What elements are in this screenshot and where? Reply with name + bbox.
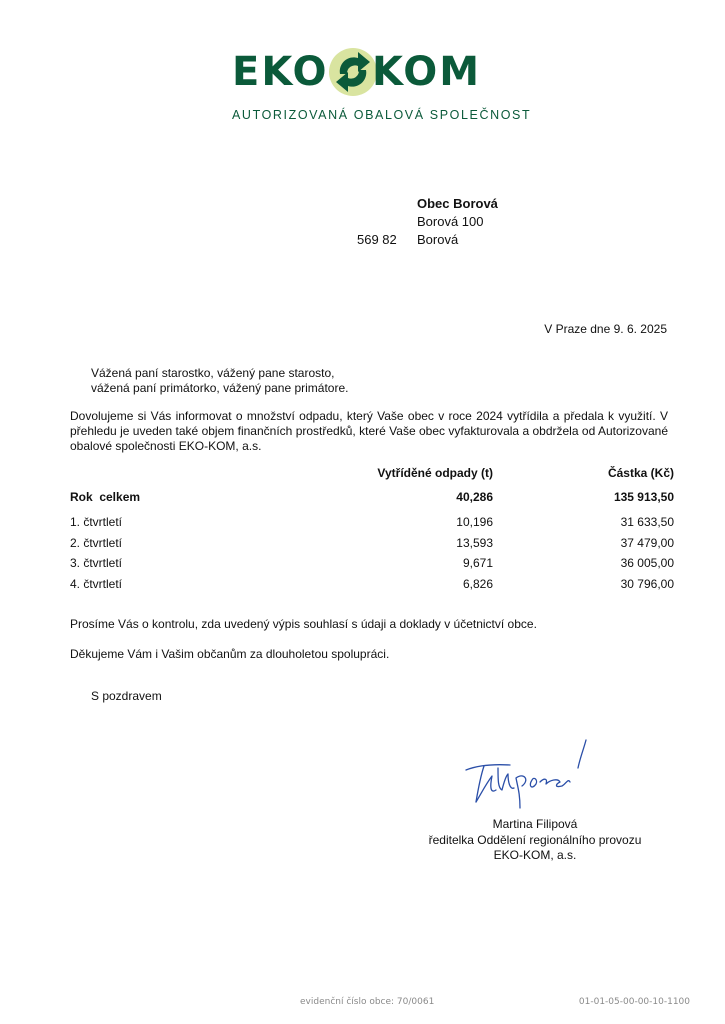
- recipient-street: Borová 100: [417, 214, 484, 229]
- table-row: 4. čtvrtletí 6,826 30 796,00: [70, 577, 674, 598]
- recipient-name: Obec Borová: [417, 196, 498, 211]
- logo-word-kom: KOM: [372, 52, 481, 92]
- total-amount: 135 913,50: [614, 490, 674, 504]
- logo-word-eko: EKO: [232, 52, 329, 92]
- total-label: Rok celkem: [70, 490, 140, 504]
- row-waste: 10,196: [456, 515, 493, 529]
- waste-summary-table: Vytříděné odpady (t) Částka (Kč) Rok cel…: [70, 466, 674, 597]
- row-waste: 6,826: [463, 577, 493, 591]
- signatory-name: Martina Filipová: [410, 817, 660, 833]
- regards: S pozdravem: [91, 689, 162, 703]
- header-waste: Vytříděné odpady (t): [377, 466, 493, 480]
- row-label: 3. čtvrtletí: [70, 556, 122, 570]
- recipient-city: Borová: [417, 232, 458, 247]
- signature-block: Martina Filipová ředitelka Oddělení regi…: [410, 817, 660, 864]
- table-row: 1. čtvrtletí 10,196 31 633,50: [70, 515, 674, 536]
- recycle-arrows-icon: [328, 44, 378, 100]
- header-amount: Částka (Kč): [608, 466, 674, 480]
- row-label: 2. čtvrtletí: [70, 536, 122, 550]
- row-amount: 30 796,00: [621, 577, 674, 591]
- row-label: 1. čtvrtletí: [70, 515, 122, 529]
- intro-paragraph: Dovolujeme si Vás informovat o množství …: [70, 409, 668, 454]
- row-waste: 9,671: [463, 556, 493, 570]
- signatory-title: ředitelka Oddělení regionálního provozu: [410, 833, 660, 849]
- salutation: Vážená paní starostko, vážený pane staro…: [91, 366, 348, 396]
- logo-tagline: AUTORIZOVANÁ OBALOVÁ SPOLEČNOST: [232, 108, 531, 122]
- salutation-line-1: Vážená paní starostko, vážený pane staro…: [91, 366, 348, 381]
- table-total-row: Rok celkem 40,286 135 913,50: [70, 490, 674, 515]
- row-amount: 36 005,00: [621, 556, 674, 570]
- letter-date: V Praze dne 9. 6. 2025: [544, 322, 667, 336]
- table-row: 2. čtvrtletí 13,593 37 479,00: [70, 536, 674, 557]
- thanks-paragraph: Děkujeme Vám i Vašim občanům za dlouhole…: [70, 647, 389, 661]
- row-label: 4. čtvrtletí: [70, 577, 122, 591]
- table-header-row: Vytříděné odpady (t) Částka (Kč): [70, 466, 674, 490]
- signatory-company: EKO-KOM, a.s.: [410, 848, 660, 864]
- handwritten-signature: [462, 738, 602, 810]
- row-amount: 31 633,50: [621, 515, 674, 529]
- salutation-line-2: vážená paní primátorko, vážený pane prim…: [91, 381, 348, 396]
- table-row: 3. čtvrtletí 9,671 36 005,00: [70, 556, 674, 577]
- check-paragraph: Prosíme Vás o kontrolu, zda uvedený výpi…: [70, 617, 537, 631]
- row-amount: 37 479,00: [621, 536, 674, 550]
- eko-kom-logo: EKO KOM AUTORIZOVANÁ OBALOVÁ SPOLEČNOST: [230, 44, 500, 124]
- recipient-zip: 569 82: [357, 232, 397, 247]
- row-waste: 13,593: [456, 536, 493, 550]
- footer-registration-number: evidenční číslo obce: 70/0061: [300, 997, 434, 1007]
- total-waste: 40,286: [456, 490, 493, 504]
- footer-document-code: 01-01-05-00-00-10-1100: [579, 997, 690, 1007]
